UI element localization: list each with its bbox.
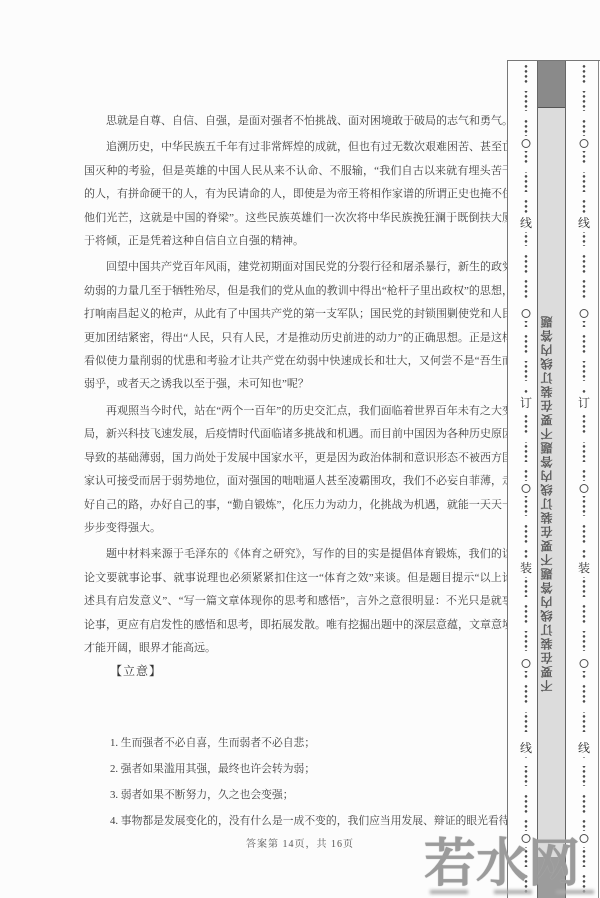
binding-circle [580,306,589,321]
binding-circle [580,656,589,671]
list-item: 3. 弱者如果不断努力，久之也会变强； [110,782,530,808]
watermark-subtext-smudge [430,890,468,894]
watermark-subtext-smudge [494,890,532,894]
binding-char: 装 [520,559,532,577]
list-item: 4. 事物都是发展变化的，没有什么是一成不变的，我们应当用发展、辩证的眼光看待问 [110,808,530,834]
sidebar-right-border [598,61,599,898]
binding-char: 线 [578,739,590,757]
paragraph: 思就是自尊、自信、自强，是面对强者不怕挑战、面对困境敢于破局的志气和勇气。 [84,110,513,133]
list-item: 2. 强者如果滥用其强，最终也许会转为弱； [110,756,530,782]
paragraph: 回望中国共产党百年风雨，建党初期面对国民党的分裂行径和屠杀暴行，新生的政党幼弱的… [84,256,513,396]
binding-circle [522,481,531,496]
binding-char: 装 [578,559,590,577]
binding-strip-top-block [538,61,565,108]
binding-char: 订 [520,394,532,412]
paragraph: 题中材料来源于毛泽东的《体育之研究》，写作的目的实是提倡体育锻炼，我们的议论文要… [84,543,513,660]
binding-char: 订 [578,394,590,412]
binding-circle [580,831,589,846]
intent-list: 1. 生而强者不必自喜，生而弱者不必自悲；2. 强者如果滥用其强，最终也许会转为… [110,730,530,834]
binding-sidebar: 线订装线 不要在装订线内答题不要在装订线内答题不要在装订线内答题 线订装线 [507,60,600,898]
paragraph: 追溯历史，中华民族五千年有过非常辉煌的成就，但也有过无数次艰难困苦、甚至亡国灭种… [84,136,513,253]
binding-char: 线 [520,739,532,757]
answer-text: 思就是自尊、自信、自强，是面对强者不怕挑战、面对困境敢于破局的志气和勇气。追溯历… [84,110,513,663]
binding-strip-text: 不要在装订线内答题不要在装订线内答题不要在装订线内答题 [538,293,565,713]
scanned-answer-page: 思就是自尊、自信、自强，是面对强者不怕挑战、面对困境敢于破局的志气和勇气。追溯历… [0,0,600,898]
binding-circle [522,656,531,671]
binding-char: 线 [520,214,532,232]
watermark: 若水网 [424,838,580,890]
binding-circle [580,481,589,496]
section-heading: 【立意】 [110,662,162,679]
binding-dotted-line-left: 线订装线 [523,64,529,898]
binding-char: 线 [578,214,590,232]
list-item: 1. 生而强者不必自喜，生而弱者不必自悲； [110,730,530,756]
binding-circle [522,136,531,151]
binding-strip: 不要在装订线内答题不要在装订线内答题不要在装订线内答题 [537,61,566,898]
binding-dotted-line-right: 线订装线 [581,64,587,898]
paragraph: 再观照当今时代，站在“两个一百年”的历史交汇点，我们面临着世界百年未有之大变局，… [84,400,513,540]
binding-circle [580,136,589,151]
watermark-subtext-smudge [556,890,594,894]
binding-circle [522,306,531,321]
